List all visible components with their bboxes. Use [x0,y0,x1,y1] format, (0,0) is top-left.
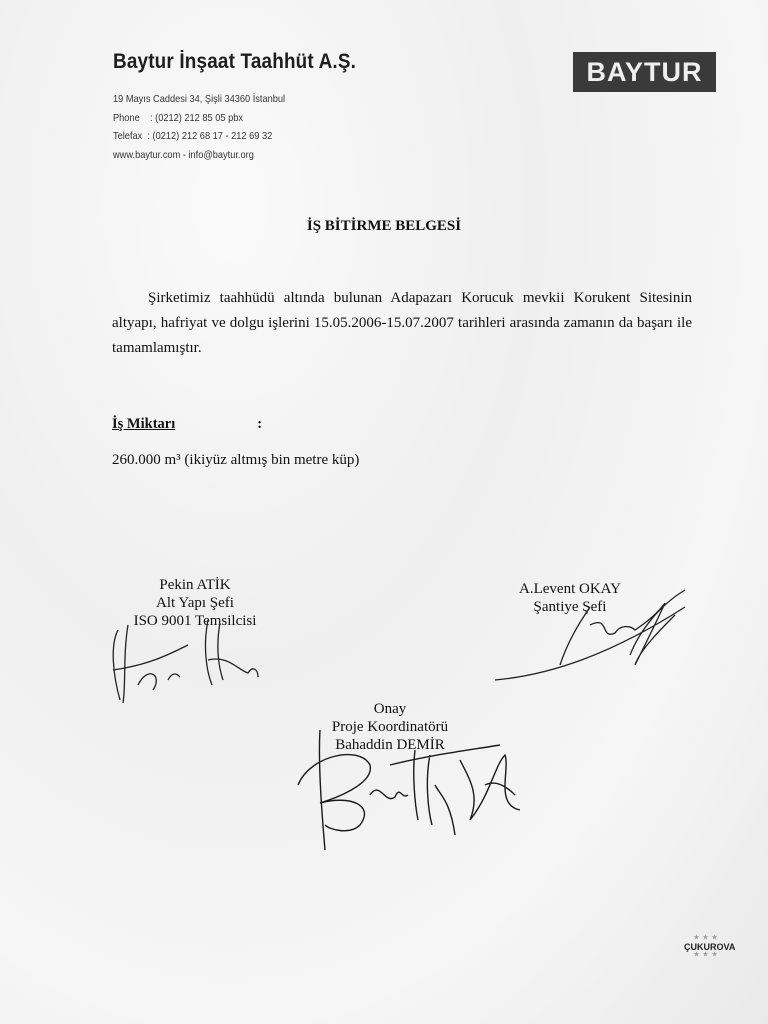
contact-info: 19 Mayıs Caddesi 34, Şişli 34360 İstanbu… [113,90,285,164]
approval-label: Onay [310,700,470,718]
signature-center [290,725,540,855]
telefax: Telefax : (0212) 212 68 17 - 212 69 32 [113,127,285,146]
address: 19 Mayıs Caddesi 34, Şişli 34360 İstanbu… [113,90,285,109]
web-email: www.baytur.com - info@baytur.org [113,146,285,165]
phone: Phone : (0212) 212 85 05 pbx [113,109,285,128]
cukurova-logo: ★ ★ ★ ÇUKUROVA ★ ★ ★ [684,935,728,959]
baytur-logo: BAYTUR [573,52,716,92]
signatory-name: Pekin ATİK [110,576,280,594]
signature-left [108,615,278,705]
quantity-label-text: İş Miktarı [112,416,175,432]
quantity-colon: : [257,416,262,433]
quantity-label: İş Miktarı: [112,416,262,433]
signature-right [490,585,700,690]
document-body: Şirketimiz taahhüdü altında bulunan Adap… [112,286,692,361]
quantity-value: 260.000 m³ (ikiyüz altmış bin metre küp) [112,452,359,469]
document-title: İŞ BİTİRME BELGESİ [0,218,768,235]
stars-icon: ★ ★ ★ [684,935,728,942]
partner-logo-text: ÇUKUROVA [684,942,728,952]
company-name: Baytur İnşaat Taahhüt A.Ş. [113,50,356,74]
stars-icon: ★ ★ ★ [684,952,728,959]
body-text: Şirketimiz taahhüdü altında bulunan Adap… [112,290,692,356]
signatory-role: Alt Yapı Şefi [110,594,280,612]
